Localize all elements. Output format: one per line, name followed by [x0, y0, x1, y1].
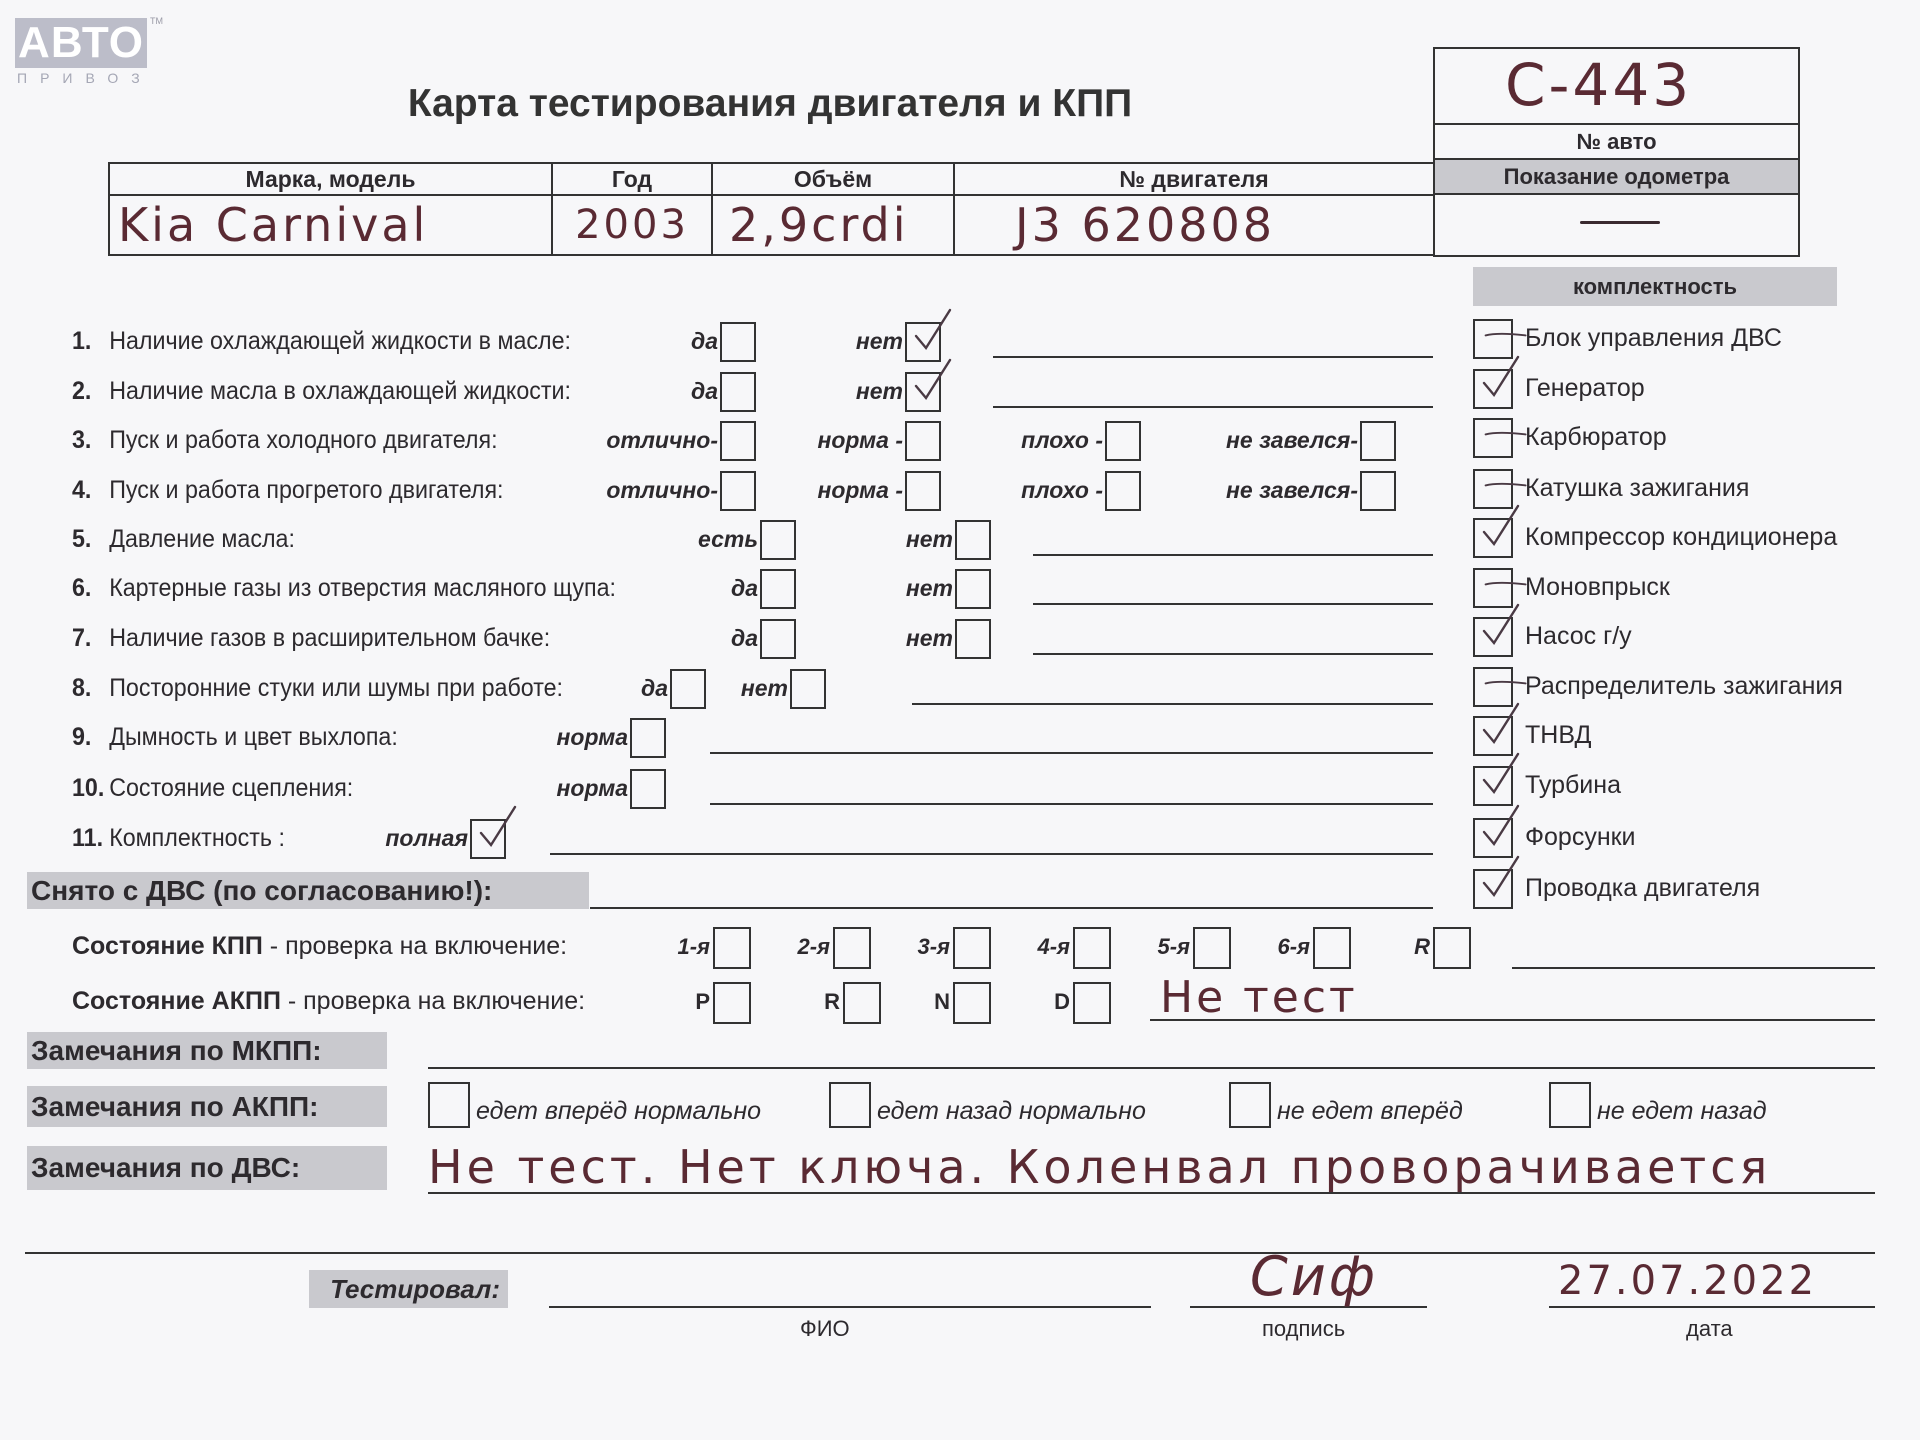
option-checkbox[interactable] [905, 322, 941, 362]
completeness-item-label: Карбюратор [1525, 423, 1667, 452]
option-label: плохо - [1021, 427, 1103, 454]
note-line[interactable] [993, 356, 1433, 358]
option-label: норма [557, 775, 629, 802]
plate-label: № авто [1435, 125, 1798, 160]
dash-mark-icon [1471, 420, 1529, 460]
akpp-mode-checkbox[interactable] [953, 982, 991, 1024]
option-label: нет [906, 526, 953, 553]
checklist-question: 4.Пуск и работа прогретого двигателя: [72, 476, 504, 505]
option-label: норма [557, 724, 629, 751]
kpp-note-line[interactable] [1512, 967, 1875, 969]
date-label: дата [1686, 1316, 1733, 1342]
dash-mark-icon [1471, 471, 1529, 511]
checklist-question: 1.Наличие охлаждающей жидкости в масле: [72, 327, 571, 356]
option-label: да [691, 328, 718, 355]
option-checkbox[interactable] [955, 520, 991, 560]
checklist-question: 6.Картерные газы из отверстия масляного … [72, 574, 616, 603]
check-mark-icon [1478, 504, 1522, 554]
dash-mark-icon [1471, 321, 1529, 361]
check-mark-icon [1478, 355, 1522, 405]
completeness-item-label: Форсунки [1525, 823, 1636, 852]
completeness-item-label: Насос г/у [1525, 622, 1632, 651]
plate-cell[interactable]: C-443 [1435, 49, 1798, 125]
dvs-remarks-line [428, 1192, 1875, 1194]
option-checkbox[interactable] [760, 619, 796, 659]
note-line[interactable] [710, 752, 1433, 754]
akpp-remark-label: едет вперёд нормально [476, 1097, 761, 1126]
option-checkbox[interactable] [1360, 471, 1396, 511]
option-label: нет [856, 378, 903, 405]
dash-mark-icon [1471, 669, 1529, 709]
signature-value: Сиф [1250, 1245, 1378, 1308]
dvs-remarks-line-2 [25, 1252, 1875, 1254]
option-checkbox[interactable] [470, 819, 506, 859]
option-checkbox[interactable] [790, 669, 826, 709]
note-line[interactable] [912, 703, 1433, 705]
akpp-remarks-label: Замечания по АКПП: [27, 1086, 387, 1127]
note-line[interactable] [550, 853, 1433, 855]
completeness-checkbox[interactable] [1473, 869, 1513, 909]
year-value[interactable]: 2003 [552, 195, 712, 255]
option-label: да [641, 675, 668, 702]
completeness-checkbox[interactable] [1473, 568, 1513, 608]
completeness-item-label: ТНВД [1525, 721, 1591, 750]
akpp-remark-checkbox[interactable] [829, 1082, 871, 1128]
option-label: да [691, 378, 718, 405]
option-checkbox[interactable] [720, 322, 756, 362]
completeness-item-label: Проводка двигателя [1525, 874, 1760, 903]
akpp-mode-label: R [824, 989, 840, 1015]
tested-by-label: Тестировал: [309, 1270, 508, 1308]
option-label: отлично- [606, 427, 718, 454]
gear-label: 2-я [797, 934, 830, 960]
completeness-checkbox[interactable] [1473, 418, 1513, 458]
check-mark-icon [475, 805, 519, 855]
note-line[interactable] [993, 406, 1433, 408]
check-mark-icon [910, 308, 954, 358]
option-label: отлично- [606, 477, 718, 504]
removed-input-line[interactable] [590, 907, 1433, 909]
check-mark-icon [1478, 804, 1522, 854]
checklist-question: 10.Состояние сцепления: [72, 774, 353, 803]
gear-checkbox[interactable] [1433, 927, 1471, 969]
option-label: не завелся- [1226, 477, 1358, 504]
akpp-label: Состояние АКПП - проверка на включение: [72, 987, 585, 1016]
make-model-value[interactable]: Kia Carnival [109, 195, 552, 255]
option-label: норма - [817, 477, 903, 504]
akpp-mode-label: D [1054, 989, 1070, 1015]
gear-checkbox[interactable] [953, 927, 991, 969]
akpp-remark-checkbox[interactable] [1229, 1082, 1271, 1128]
signature-label: подпись [1262, 1316, 1345, 1342]
col-header-make-model: Марка, модель [109, 163, 552, 195]
option-checkbox[interactable] [760, 520, 796, 560]
akpp-note-value: Не тест [1160, 972, 1358, 1023]
option-label: нет [856, 328, 903, 355]
note-line[interactable] [1033, 653, 1433, 655]
gear-checkbox[interactable] [1193, 927, 1231, 969]
option-checkbox[interactable] [760, 569, 796, 609]
option-checkbox[interactable] [630, 718, 666, 758]
fio-line[interactable] [549, 1306, 1151, 1308]
completeness-checkbox[interactable] [1473, 319, 1513, 359]
volume-value[interactable]: 2,9crdi [712, 195, 954, 255]
completeness-item-label: Катушка зажигания [1525, 474, 1749, 503]
completeness-checkbox[interactable] [1473, 518, 1513, 558]
logo-subtitle: ПРИВОЗ [17, 70, 153, 86]
logo-trademark: TM [150, 16, 163, 26]
completeness-item-label: Компрессор кондиционера [1525, 523, 1837, 552]
removed-label: Снято с ДВС (по согласованию!): [27, 872, 589, 909]
option-label: плохо - [1021, 477, 1103, 504]
logo: АВТО [15, 18, 147, 68]
mkpp-remarks-line[interactable] [428, 1067, 1875, 1069]
col-header-engine-number: № двигателя [954, 163, 1434, 195]
vehicle-id-box: C-443 № авто Показание одометра [1433, 47, 1800, 257]
option-label: норма - [817, 427, 903, 454]
fio-label: ФИО [800, 1316, 850, 1342]
dash-mark-icon [1471, 570, 1529, 610]
akpp-mode-checkbox[interactable] [1073, 982, 1111, 1024]
akpp-mode-checkbox[interactable] [843, 982, 881, 1024]
date-line[interactable] [1549, 1306, 1875, 1308]
note-line[interactable] [710, 803, 1433, 805]
gear-checkbox[interactable] [833, 927, 871, 969]
option-checkbox[interactable] [955, 619, 991, 659]
completeness-item-label: Генератор [1525, 374, 1645, 403]
check-mark-icon [910, 358, 954, 408]
completeness-item-label: Моновпрыск [1525, 573, 1670, 602]
gear-checkbox[interactable] [1073, 927, 1111, 969]
check-mark-icon [1478, 603, 1522, 653]
option-label: нет [906, 625, 953, 652]
checklist-question: 8.Посторонние стуки или шумы при работе: [72, 674, 563, 703]
akpp-remark-label: не едет назад [1597, 1097, 1767, 1126]
akpp-remark-checkbox[interactable] [1549, 1082, 1591, 1128]
option-checkbox[interactable] [720, 372, 756, 412]
gear-label: 5-я [1157, 934, 1190, 960]
option-checkbox[interactable] [905, 372, 941, 412]
checklist-question: 2.Наличие масла в охлаждающей жидкости: [72, 377, 571, 406]
odometer-dash [1580, 221, 1660, 224]
gear-checkbox[interactable] [1313, 927, 1351, 969]
checklist-question: 9.Дымность и цвет выхлопа: [72, 723, 398, 752]
gear-label: 4-я [1037, 934, 1070, 960]
akpp-remark-checkbox[interactable] [428, 1082, 470, 1128]
gear-label: R [1414, 934, 1430, 960]
checklist-question: 7.Наличие газов в расширительном бачке: [72, 624, 550, 653]
option-label: полная [385, 825, 468, 852]
completeness-checkbox[interactable] [1473, 716, 1513, 756]
option-checkbox[interactable] [905, 421, 941, 461]
completeness-item-label: Турбина [1525, 771, 1621, 800]
gear-label: 1-я [677, 934, 710, 960]
option-label: нет [741, 675, 788, 702]
completeness-item-label: Распределитель зажигания [1525, 672, 1843, 701]
gear-label: 6-я [1277, 934, 1310, 960]
completeness-checkbox[interactable] [1473, 617, 1513, 657]
option-checkbox[interactable] [630, 769, 666, 809]
option-label: не завелся- [1226, 427, 1358, 454]
mkpp-remarks-label: Замечания по МКПП: [27, 1032, 387, 1069]
option-checkbox[interactable] [1105, 471, 1141, 511]
checklist-question: 11.Комплектность : [72, 824, 285, 853]
dvs-remarks-value[interactable]: Не тест. Нет ключа. Коленвал проворачива… [428, 1140, 1771, 1194]
date-value: 27.07.2022 [1558, 1258, 1817, 1304]
completeness-checkbox[interactable] [1473, 818, 1513, 858]
note-line[interactable] [1033, 554, 1433, 556]
option-label: есть [698, 526, 758, 553]
page-title: Карта тестирования двигателя и КПП [360, 82, 1180, 126]
gear-checkbox[interactable] [713, 927, 751, 969]
check-mark-icon [1478, 855, 1522, 905]
option-checkbox[interactable] [1360, 421, 1396, 461]
option-label: да [731, 625, 758, 652]
akpp-mode-label: N [934, 989, 950, 1015]
col-header-volume: Объём [712, 163, 954, 195]
kpp-label: Состояние КПП - проверка на включение: [72, 932, 567, 961]
akpp-remark-label: едет назад нормально [877, 1097, 1146, 1126]
odometer-cell[interactable] [1435, 195, 1798, 255]
akpp-remark-label: не едет вперёд [1277, 1097, 1463, 1126]
checklist-question: 3.Пуск и работа холодного двигателя: [72, 426, 498, 455]
engine-number-value[interactable]: J3 620808 [954, 195, 1434, 255]
option-label: нет [906, 575, 953, 602]
completeness-header: комплектность [1473, 267, 1837, 306]
completeness-checkbox[interactable] [1473, 469, 1513, 509]
option-checkbox[interactable] [1105, 421, 1141, 461]
option-checkbox[interactable] [670, 669, 706, 709]
plate-value: C-443 [1505, 51, 1692, 119]
gear-label: 3-я [917, 934, 950, 960]
completeness-item-label: Блок управления ДВС [1525, 324, 1782, 353]
akpp-mode-checkbox[interactable] [713, 982, 751, 1024]
option-checkbox[interactable] [955, 569, 991, 609]
completeness-checkbox[interactable] [1473, 369, 1513, 409]
completeness-checkbox[interactable] [1473, 667, 1513, 707]
vehicle-info-table: Марка, модель Год Объём № двигателя Kia … [108, 162, 1435, 256]
odometer-label: Показание одометра [1435, 160, 1798, 195]
check-mark-icon [1478, 752, 1522, 802]
option-checkbox[interactable] [720, 421, 756, 461]
checklist-question: 5.Давление масла: [72, 525, 295, 554]
note-line[interactable] [1033, 603, 1433, 605]
completeness-checkbox[interactable] [1473, 766, 1513, 806]
col-header-year: Год [552, 163, 712, 195]
option-checkbox[interactable] [905, 471, 941, 511]
akpp-mode-label: P [695, 989, 710, 1015]
option-label: да [731, 575, 758, 602]
check-mark-icon [1478, 702, 1522, 752]
option-checkbox[interactable] [720, 471, 756, 511]
dvs-remarks-label: Замечания по ДВС: [27, 1146, 387, 1190]
